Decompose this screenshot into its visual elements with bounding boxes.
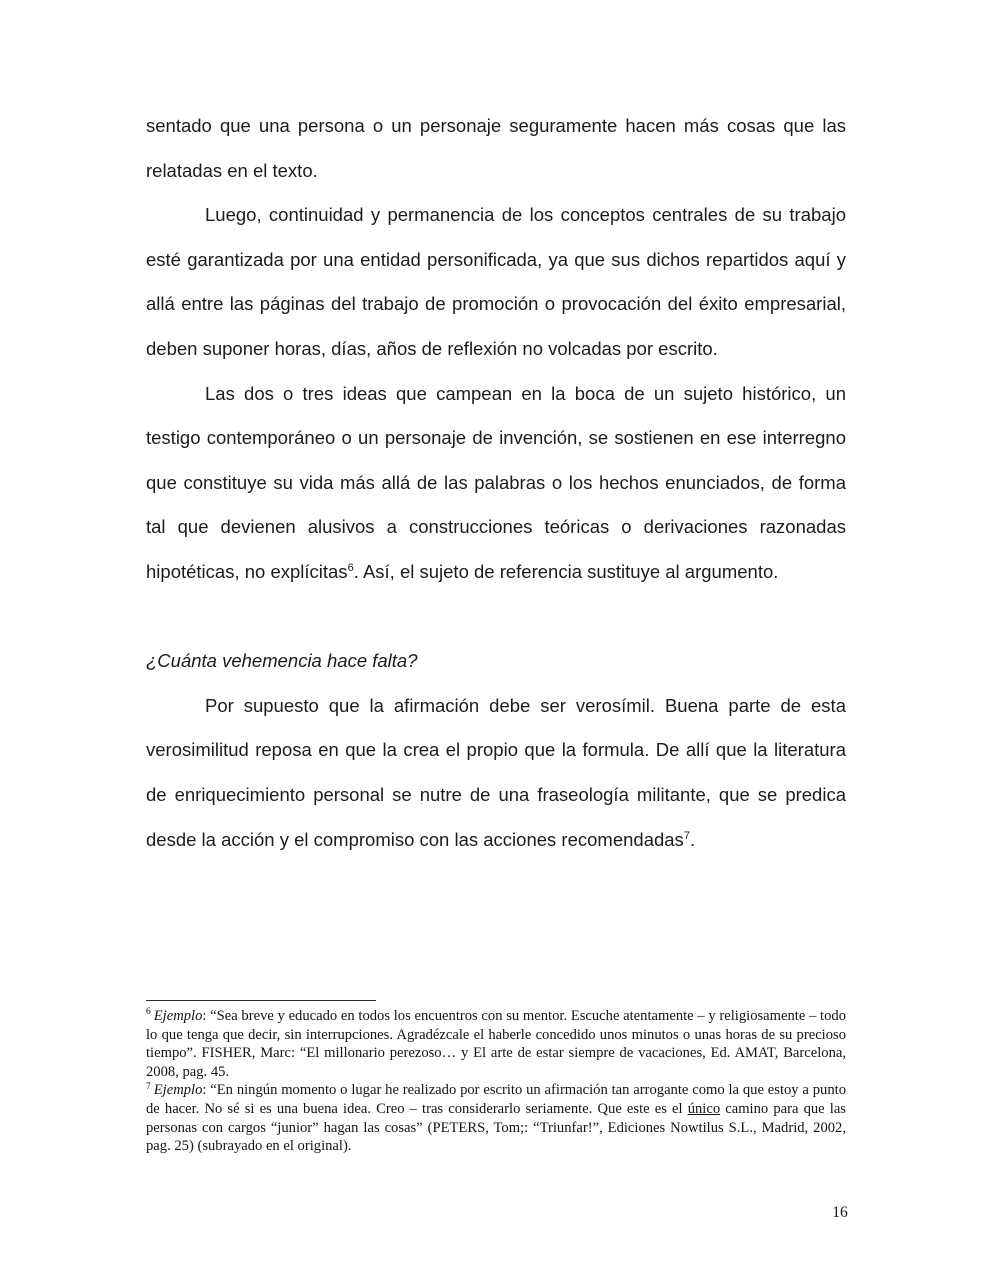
body-paragraph: Las dos o tres ideas que campean en la b… xyxy=(146,372,846,595)
text-segment: . Así, el sujeto de referencia sustituye… xyxy=(354,561,779,582)
footnotes-section: 6Ejemplo: “Sea breve y educado en todos … xyxy=(146,1000,846,1156)
text-segment: único xyxy=(688,1101,720,1117)
footnote-list: 6Ejemplo: “Sea breve y educado en todos … xyxy=(146,1007,846,1156)
text-segment: Luego, continuidad y permanencia de los … xyxy=(146,204,846,359)
body-paragraph: sentado que una persona o un personaje s… xyxy=(146,104,846,193)
text-segment: . xyxy=(690,829,695,850)
footnote-marker: 7 xyxy=(146,1082,151,1092)
text-segment: : “Sea breve y educado en todos los encu… xyxy=(146,1008,846,1080)
footnote-marker: 6 xyxy=(146,1007,151,1017)
body-text: sentado que una persona o un personaje s… xyxy=(146,104,846,862)
section-heading: ¿Cuánta vehemencia hace falta? xyxy=(146,639,846,684)
footnote: 6Ejemplo: “Sea breve y educado en todos … xyxy=(146,1007,846,1081)
text-segment: Ejemplo xyxy=(154,1082,203,1098)
text-segment: sentado que una persona o un personaje s… xyxy=(146,115,846,181)
footnote: 7Ejemplo: “En ningún momento o lugar he … xyxy=(146,1081,846,1155)
document-page: sentado que una persona o un personaje s… xyxy=(0,0,990,1280)
footnote-separator xyxy=(146,1000,376,1001)
text-segment: ¿Cuánta vehemencia hace falta? xyxy=(146,650,418,671)
text-segment: Las dos o tres ideas que campean en la b… xyxy=(146,383,846,582)
body-paragraph: Por supuesto que la afirmación debe ser … xyxy=(146,684,846,862)
body-paragraph: Luego, continuidad y permanencia de los … xyxy=(146,193,846,371)
text-segment: Por supuesto que la afirmación debe ser … xyxy=(146,695,846,850)
page-number: 16 xyxy=(820,1204,860,1222)
text-segment: Ejemplo xyxy=(154,1008,203,1024)
